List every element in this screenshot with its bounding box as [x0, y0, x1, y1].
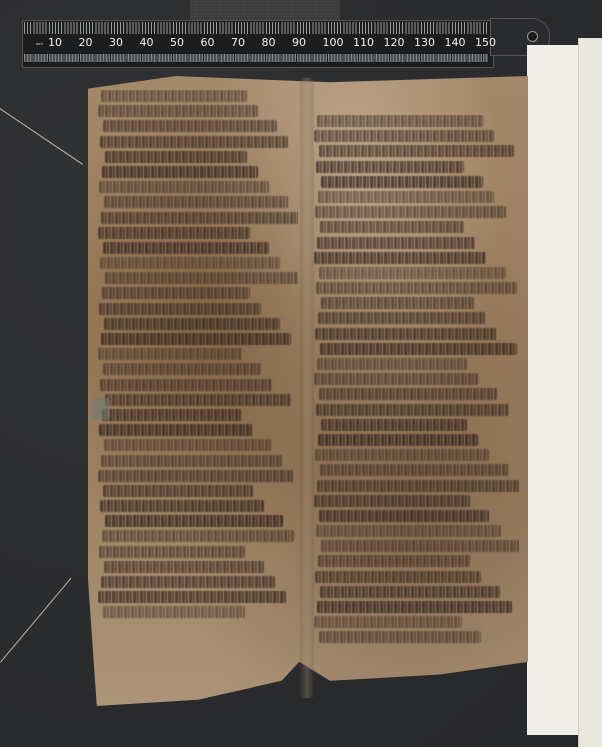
ruler-unit-label: mm: [36, 41, 43, 46]
foam-weight: [190, 0, 340, 22]
text-line: [317, 115, 483, 127]
text-line: [100, 136, 288, 148]
ruler-number: 80: [262, 36, 276, 49]
text-line: [316, 282, 517, 294]
ruler-number: 100: [323, 36, 344, 49]
text-line: [321, 297, 475, 309]
text-line: [315, 206, 506, 218]
text-line: [98, 348, 242, 360]
text-line: [321, 176, 483, 188]
ruler-number: 70: [231, 36, 245, 49]
text-line: [105, 515, 283, 527]
text-line: [105, 394, 291, 406]
text-line: [314, 373, 478, 385]
ruler-number: 10: [48, 36, 62, 49]
text-line: [104, 439, 272, 451]
text-line: [317, 601, 512, 613]
text-line: [318, 555, 470, 567]
text-line: [103, 363, 261, 375]
text-line: [316, 404, 509, 416]
text-line: [100, 257, 280, 269]
ruler-number: 120: [384, 36, 405, 49]
text-line: [318, 434, 478, 446]
ruler-number: 60: [201, 36, 215, 49]
text-line: [319, 510, 489, 522]
text-line: [99, 181, 269, 193]
text-line: [318, 312, 486, 324]
text-line: [320, 343, 517, 355]
text-line: [102, 287, 250, 299]
text-line: [319, 388, 497, 400]
text-line: [98, 591, 286, 603]
text-line: [101, 333, 291, 345]
text-line: [103, 485, 253, 497]
text-line: [103, 242, 269, 254]
text-line: [320, 586, 500, 598]
text-line: [102, 409, 242, 421]
text-line: [105, 272, 298, 284]
ruler-number: 90: [292, 36, 306, 49]
text-line: [99, 303, 261, 315]
ruler-number: 130: [414, 36, 435, 49]
text-line: [321, 540, 519, 552]
ruler-number: 110: [353, 36, 374, 49]
text-line: [318, 191, 494, 203]
text-line: [101, 212, 298, 224]
text-line: [101, 576, 275, 588]
text-line: [316, 161, 464, 173]
ruler-number: 50: [170, 36, 184, 49]
text-line: [319, 267, 506, 279]
text-line: [314, 495, 470, 507]
text-line: [99, 546, 245, 558]
text-line: [102, 530, 294, 542]
text-line: [319, 631, 481, 643]
text-line: [105, 151, 247, 163]
text-line: [98, 227, 250, 239]
text-line: [316, 525, 501, 537]
ruler-ticks-bottom: [24, 54, 488, 62]
text-line: [317, 358, 467, 370]
text-line: [317, 480, 519, 492]
text-line: [321, 419, 467, 431]
text-line: [101, 455, 283, 467]
text-line: [315, 328, 497, 340]
text-line: [314, 252, 486, 264]
ruler-number: 20: [79, 36, 93, 49]
ruler-ticks-top: [24, 22, 488, 34]
text-line: [98, 470, 294, 482]
text-line: [104, 561, 264, 573]
text-line: [99, 424, 253, 436]
ruler-number: 150: [475, 36, 496, 49]
text-line: [315, 449, 489, 461]
ruler-number: 40: [140, 36, 154, 49]
text-line: [100, 379, 272, 391]
ruler-number: 140: [445, 36, 466, 49]
text-line: [100, 500, 264, 512]
text-column-right: [314, 115, 519, 675]
text-line: [317, 237, 475, 249]
text-line: [103, 606, 245, 618]
text-line: [320, 464, 509, 476]
text-line: [101, 90, 247, 102]
backing-board-edge: [578, 38, 602, 747]
text-line: [314, 130, 494, 142]
text-line: [104, 318, 280, 330]
text-line: [320, 221, 464, 233]
text-line: [102, 166, 258, 178]
text-line: [315, 571, 481, 583]
text-line: [319, 145, 514, 157]
text-line: [103, 120, 277, 132]
text-line: [98, 105, 258, 117]
ruler-number: 30: [109, 36, 123, 49]
text-line: [104, 196, 288, 208]
text-line: [314, 616, 462, 628]
ruler-hole: [527, 31, 538, 42]
decorated-initial: [92, 398, 110, 420]
text-column-left: [98, 90, 298, 690]
center-fold: [300, 78, 314, 698]
